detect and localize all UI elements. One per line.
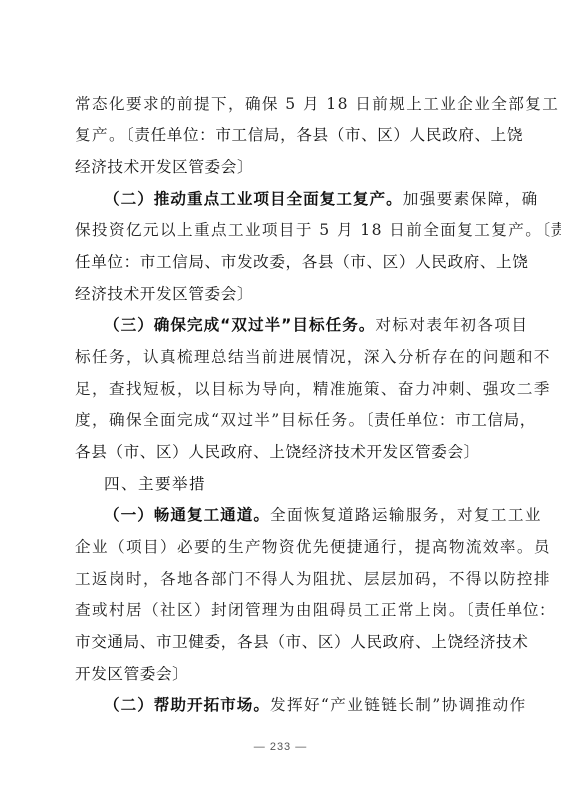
paragraph-line: 度，确保全面完成“双过半”目标任务。〔责任单位：市工信局， (75, 408, 493, 432)
body-text: 度，确保全面完成“双过半”目标任务。 (75, 411, 366, 429)
chapter-heading: 四、主要举措 (104, 475, 206, 493)
paragraph-line: 市交通局、市卫健委，各县（市、区）人民政府、上饶经济技术 (75, 630, 493, 654)
paragraph-line: 常态化要求的前提下，确保 5 月 18 日前规上工业企业全部复工 (75, 92, 493, 116)
paragraph-line: 标任务，认真梳理总结当前进展情况，深入分析存在的问题和不 (75, 345, 493, 369)
body-text: 保投资亿元以上重点工业项目于 5 月 18 日前全面复工复产。 (75, 221, 542, 239)
body-text: 全面恢复道路运输服务，对复工工业 (270, 506, 542, 524)
paragraph-line: 开发区管委会〕 (75, 662, 493, 686)
section-heading: （一）畅通复工通道。 (104, 506, 270, 524)
paragraph-line: 任单位：市工信局、市发改委，各县（市、区）人民政府、上饶 (75, 250, 493, 274)
paragraph-line: 各县（市、区）人民政府、上饶经济技术开发区管委会〕 (75, 440, 493, 464)
responsible-units: 经济技术开发区管委会〕 (75, 158, 253, 176)
body-text: 对标对表年初各项目 (375, 316, 528, 334)
paragraph-line: 经济技术开发区管委会〕 (75, 282, 493, 306)
paragraph-line: 四、主要举措 (104, 472, 493, 496)
body-text: 工返岗时，各地各部门不得人为阻扰、层层加码，不得以防控排 (75, 570, 551, 588)
paragraph-line: 经济技术开发区管委会〕 (75, 155, 493, 179)
responsible-units: 〔责 (542, 221, 561, 239)
responsible-units: 各县（市、区）人民政府、上饶经济技术开发区管委会〕 (75, 443, 480, 461)
paragraph-line: 复产。〔责任单位：市工信局，各县（市、区）人民政府、上饶 (75, 123, 493, 147)
paragraph-line: 保投资亿元以上重点工业项目于 5 月 18 日前全面复工复产。〔责 (75, 218, 493, 242)
responsible-units: 任单位：市工信局、市发改委，各县（市、区）人民政府、上饶 (75, 253, 528, 271)
responsible-units: 开发区管委会〕 (75, 665, 188, 683)
paragraph-line: （二）帮助开拓市场。发挥好“产业链链长制”协调推动作 (104, 693, 493, 717)
responsible-units: 〔责任单位：市工信局， (366, 411, 536, 429)
paragraph-line: （二）推动重点工业项目全面复工复产。加强要素保障，确 (104, 187, 493, 211)
responsible-units: 〔责任单位： (466, 601, 555, 619)
body-text: 常态化要求的前提下，确保 5 月 18 日前规上工业企业全部复工 (75, 95, 559, 113)
paragraph-line: 企业（项目）必要的生产物资优先便捷通行，提高物流效率。员 (75, 535, 493, 559)
body-text: 足，查找短板，以目标为导向，精准施策、奋力冲刺、强攻二季 (75, 380, 551, 398)
body-text: 加强要素保障，确 (403, 190, 539, 208)
body-text: 复产。 (75, 126, 126, 144)
paragraph-line: （一）畅通复工通道。全面恢复道路运输服务，对复工工业 (104, 503, 493, 527)
section-heading: （二）推动重点工业项目全面复工复产。 (104, 190, 403, 208)
paragraph-line: 足，查找短板，以目标为导向，精准施策、奋力冲刺、强攻二季 (75, 377, 493, 401)
section-heading: （三）确保完成“双过半”目标任务。 (104, 316, 375, 334)
section-heading: （二）帮助开拓市场。 (104, 696, 270, 714)
body-text: 查或村居（社区）封闭管理为由阻碍员工正常上岗。 (75, 601, 466, 619)
page-number: — 233 — (0, 741, 561, 753)
paragraph-line: 工返岗时，各地各部门不得人为阻扰、层层加码，不得以防控排 (75, 567, 493, 591)
body-text: 标任务，认真梳理总结当前进展情况，深入分析存在的问题和不 (75, 348, 551, 366)
paragraph-line: 查或村居（社区）封闭管理为由阻碍员工正常上岗。〔责任单位： (75, 598, 493, 622)
paragraph-line: （三）确保完成“双过半”目标任务。对标对表年初各项目 (104, 313, 493, 337)
responsible-units: 〔责任单位：市工信局，各县（市、区）人民政府、上饶 (126, 126, 523, 144)
body-text: 企业（项目）必要的生产物资优先便捷通行，提高物流效率。员 (75, 538, 551, 556)
body-text: 发挥好“产业链链长制”协调推动作 (270, 696, 527, 714)
document-page: 常态化要求的前提下，确保 5 月 18 日前规上工业企业全部复工 复产。〔责任单… (0, 0, 561, 793)
responsible-units: 市交通局、市卫健委，各县（市、区）人民政府、上饶经济技术 (75, 633, 528, 651)
responsible-units: 经济技术开发区管委会〕 (75, 285, 253, 303)
